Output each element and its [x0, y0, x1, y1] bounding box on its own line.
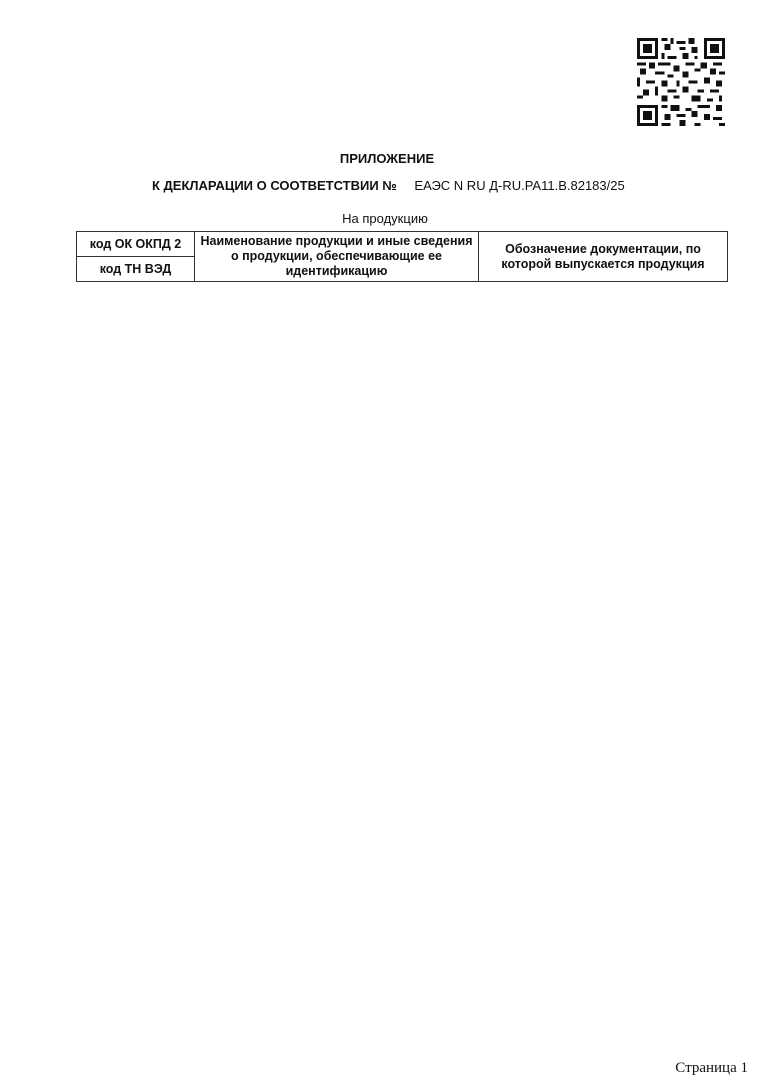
header-tnved-code: код ТН ВЭД	[77, 257, 195, 282]
products-table: код ОК ОКПД 2 Наименование продукции и и…	[76, 231, 728, 282]
declaration-line: К ДЕКЛАРАЦИИ О СООТВЕТСТВИИ № ЕАЭС N RU …	[152, 178, 625, 193]
subtitle: На продукцию	[0, 211, 768, 226]
document-title: ПРИЛОЖЕНИЕ	[0, 151, 768, 166]
header-product-name: Наименование продукции и иные сведения о…	[195, 232, 479, 282]
table-header-row: код ОК ОКПД 2 Наименование продукции и и…	[77, 232, 728, 257]
declaration-number: ЕАЭС N RU Д-RU.PA11.B.82183/25	[414, 178, 624, 193]
page-number: Страница 1	[675, 1060, 748, 1077]
qr-code-icon	[637, 38, 725, 126]
header-okpd-code: код ОК ОКПД 2	[77, 232, 195, 257]
header-documentation: Обозначение документации, по которой вып…	[479, 232, 728, 282]
declaration-label: К ДЕКЛАРАЦИИ О СООТВЕТСТВИИ №	[152, 178, 397, 193]
